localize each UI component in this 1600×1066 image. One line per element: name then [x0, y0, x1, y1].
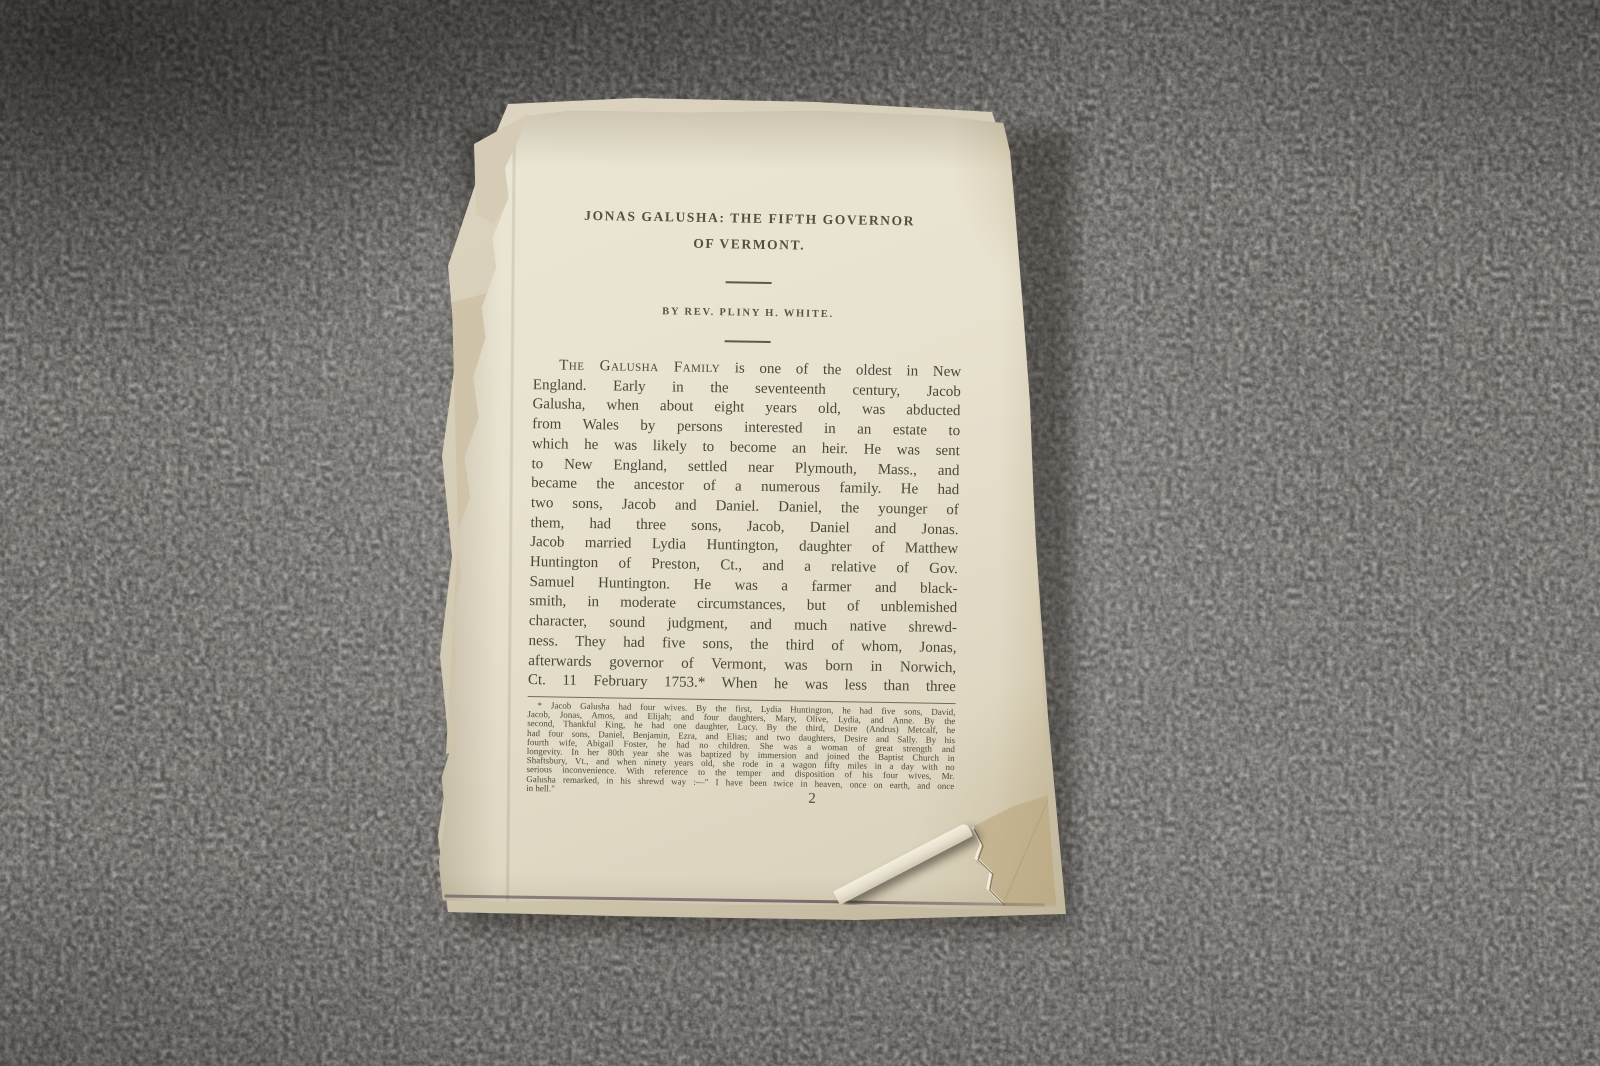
body-paragraph: The Galusha Family is one of the oldest … [528, 356, 961, 698]
page-number: 2 [792, 790, 832, 808]
pamphlet-page: JONAS GALUSHA: THE FIFTH GOVERNOR OF VER… [432, 101, 1071, 918]
paragraph-lead-small-caps: The Galusha Family [559, 358, 720, 377]
page-title: JONAS GALUSHA: THE FIFTH GOVERNOR OF VER… [535, 202, 964, 261]
printed-content: JONAS GALUSHA: THE FIFTH GOVERNOR OF VER… [524, 102, 965, 921]
ornamental-rule-bottom [725, 340, 771, 343]
footnote: * Jacob Galusha had four wives. By the f… [526, 701, 955, 800]
body-line-text: is one of the oldest in New [720, 360, 961, 380]
ornamental-rule-top [726, 281, 772, 284]
photo-of-pamphlet-on-carpet: JONAS GALUSHA: THE FIFTH GOVERNOR OF VER… [0, 0, 1600, 1066]
byline: BY REV. PLINY H. WHITE. [534, 304, 962, 322]
